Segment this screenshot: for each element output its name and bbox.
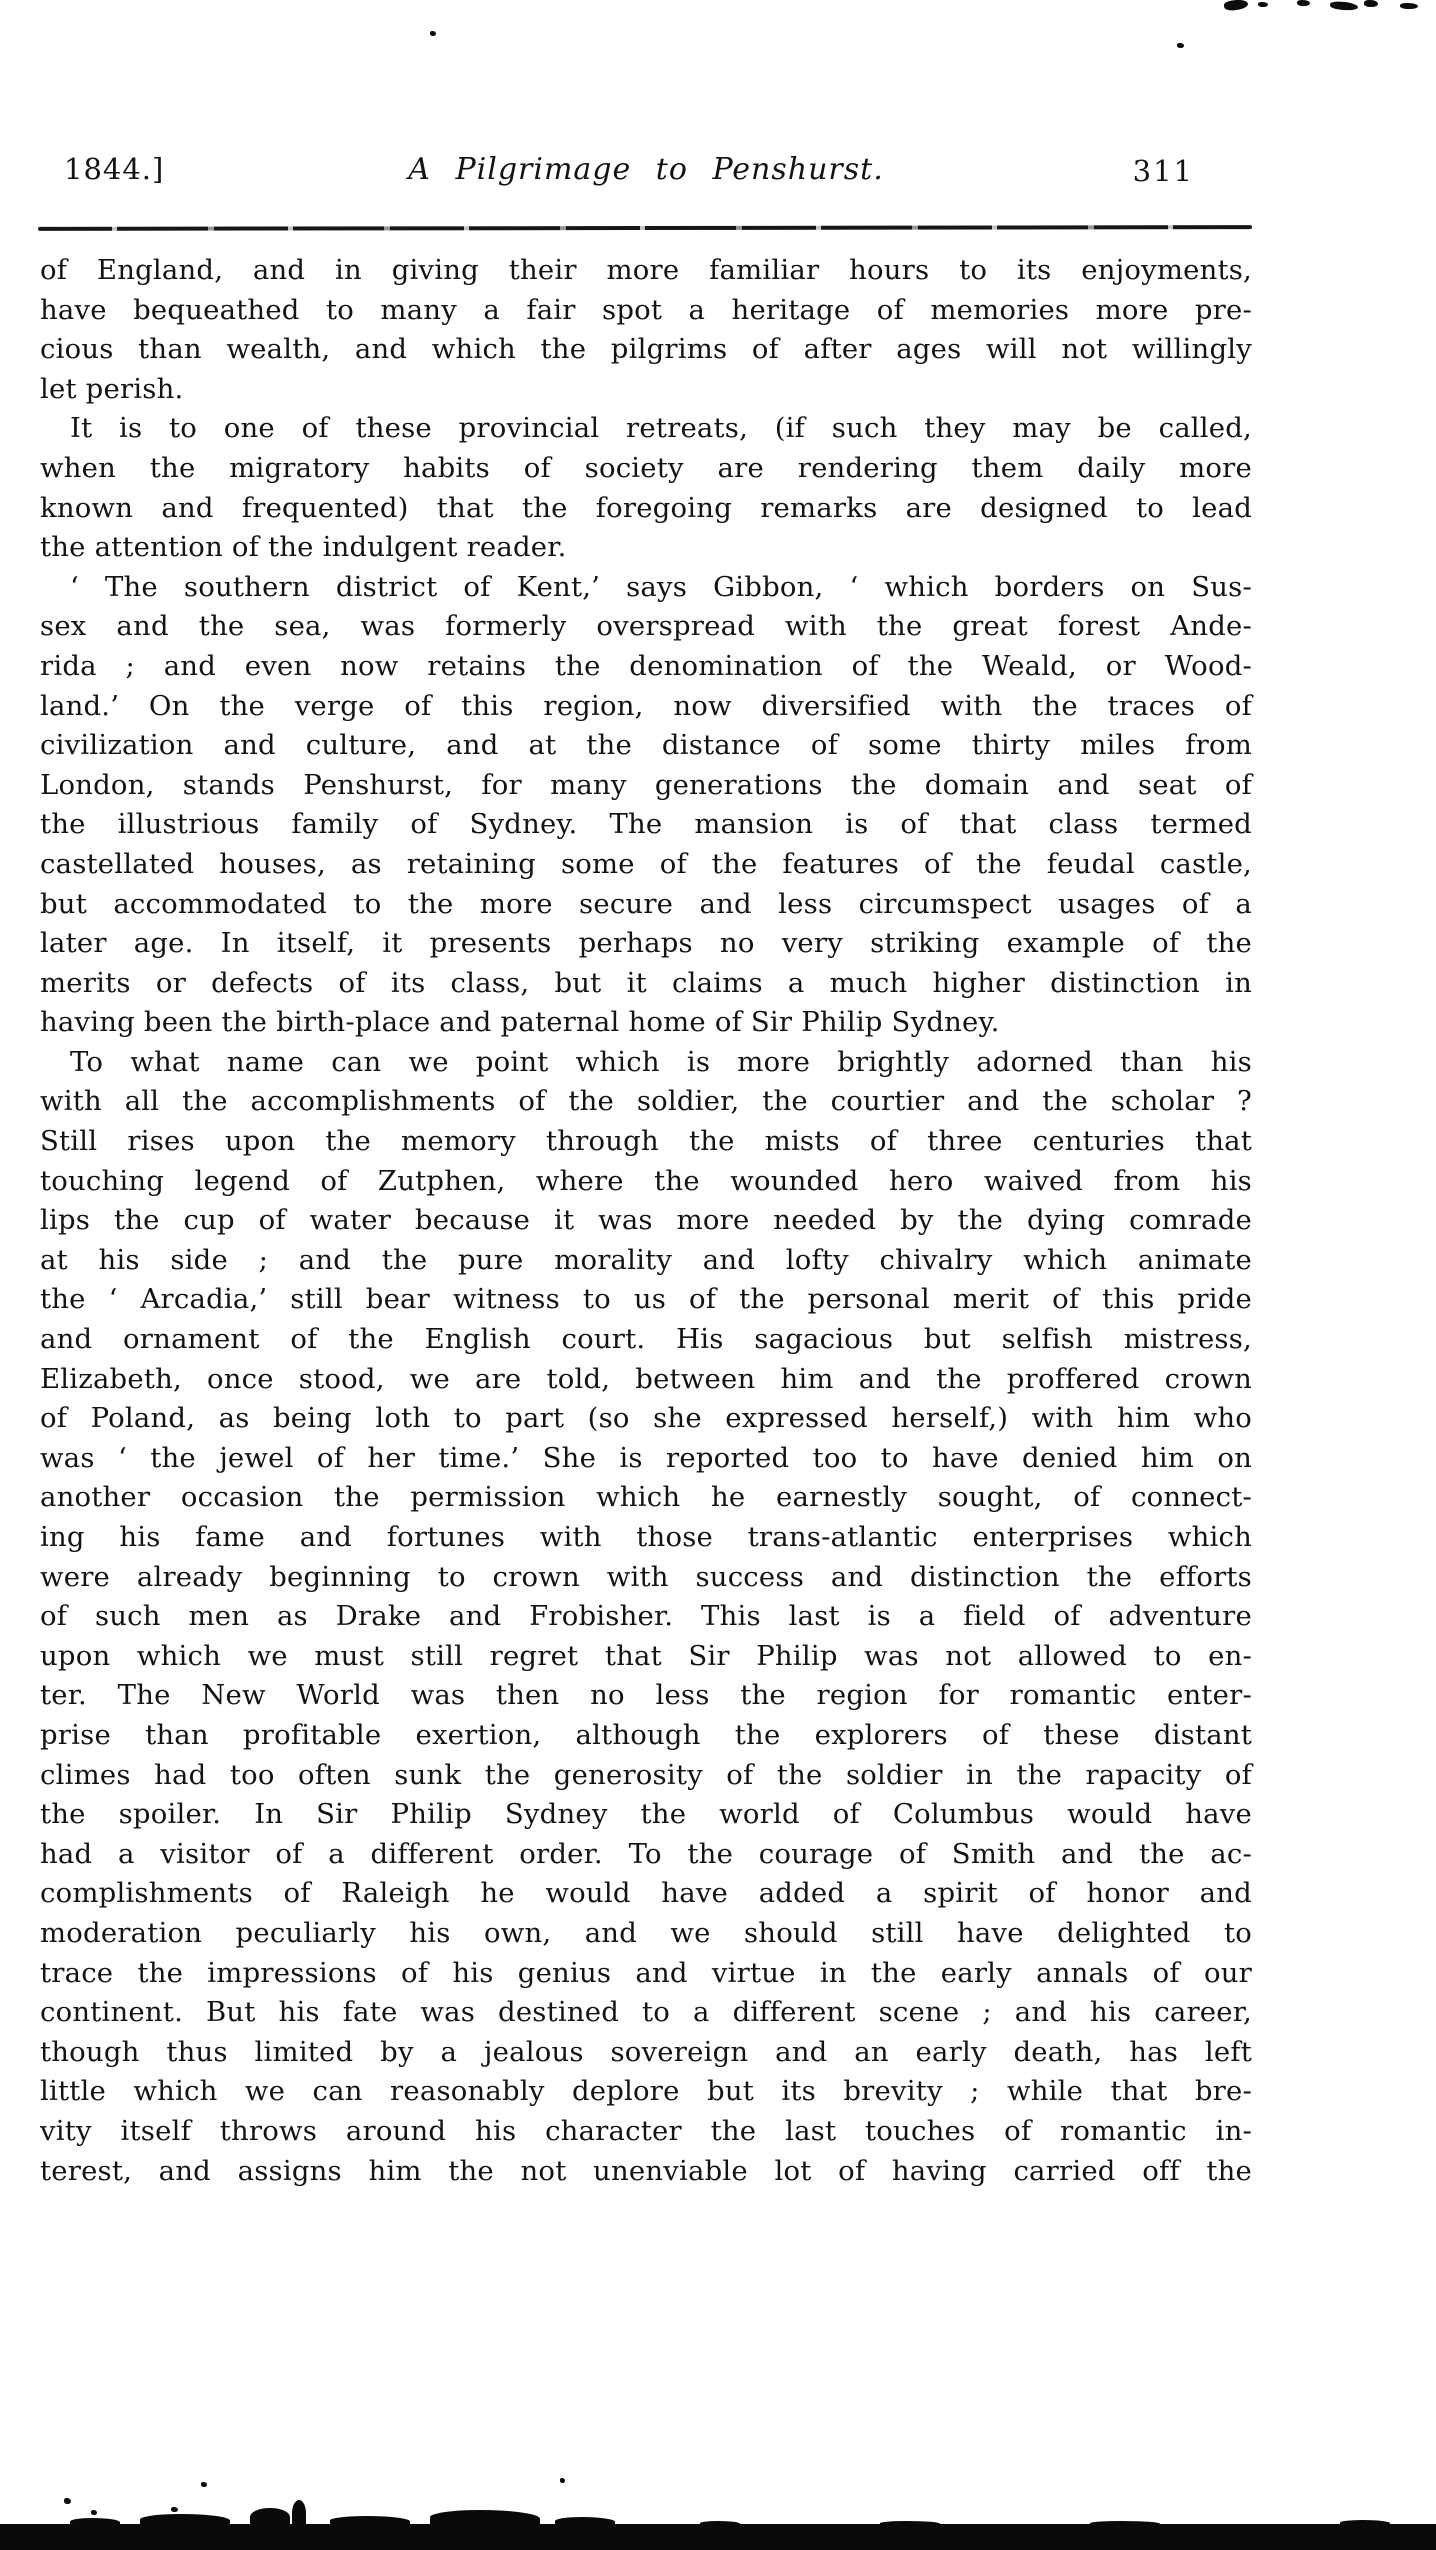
text-line: the attention of the indulgent reader.	[40, 528, 1252, 568]
running-head: 1844.] A Pilgrimage to Penshurst. 311	[40, 152, 1252, 198]
text-line: trace the impressions of his genius and …	[40, 1954, 1252, 1994]
text-line: touching legend of Zutphen, where the wo…	[40, 1162, 1252, 1202]
scan-speck	[1177, 43, 1184, 48]
header-title: A Pilgrimage to Penshurst.	[408, 152, 883, 187]
scan-speck	[1364, 0, 1378, 7]
text-line: ‘ The southern district of Kent,’ says G…	[40, 568, 1252, 608]
text-line: castellated houses, as retaining some of…	[40, 845, 1252, 885]
scan-speck	[560, 2478, 565, 2483]
paragraph: of England, and in giving their more fam…	[40, 251, 1252, 409]
text-line: with all the accomplishments of the sold…	[40, 1082, 1252, 1122]
scan-bump	[250, 2508, 290, 2526]
scan-bump	[1090, 2521, 1160, 2526]
text-line: terest, and assigns him the not unenviab…	[40, 2152, 1252, 2192]
text-line: merits or defects of its class, but it c…	[40, 964, 1252, 1004]
scan-speck	[1223, 0, 1248, 12]
scan-bump	[880, 2521, 940, 2526]
paragraph: To what name can we point which is more …	[40, 1043, 1252, 2191]
text-line: Elizabeth, once stood, we are told, betw…	[40, 1360, 1252, 1400]
text-line: known and frequented) that the foregoing…	[40, 489, 1252, 529]
text-line: the illustrious family of Sydney. The ma…	[40, 805, 1252, 845]
scan-bump	[292, 2500, 306, 2526]
text-line: climes had too often sunk the generosity…	[40, 1756, 1252, 1796]
text-line: Still rises upon the memory through the …	[40, 1122, 1252, 1162]
scan-bump	[555, 2517, 615, 2526]
scan-speck	[1258, 2, 1268, 7]
text-line: another occasion the permission which he…	[40, 1478, 1252, 1518]
header-page-number: 311	[1133, 154, 1194, 188]
bottom-scan-band	[0, 2524, 1436, 2550]
scan-bump	[430, 2510, 540, 2526]
text-line: upon which we must still regret that Sir…	[40, 1637, 1252, 1677]
text-line: when the migratory habits of society are…	[40, 449, 1252, 489]
text-line: land.’ On the verge of this region, now …	[40, 687, 1252, 727]
text-line: lips the cup of water because it was mor…	[40, 1201, 1252, 1241]
scan-speck	[64, 2498, 71, 2504]
text-line: though thus limited by a jealous soverei…	[40, 2033, 1252, 2073]
text-line: having been the birth-place and paternal…	[40, 1003, 1252, 1043]
text-line: were already beginning to crown with suc…	[40, 1558, 1252, 1598]
text-line: and ornament of the English court. His s…	[40, 1320, 1252, 1360]
text-line: vity itself throws around his character …	[40, 2112, 1252, 2152]
scan-bump	[700, 2521, 740, 2526]
header-rule	[38, 225, 1252, 231]
text-line: ter. The New World was then no less the …	[40, 1676, 1252, 1716]
text-line: moderation peculiarly his own, and we sh…	[40, 1914, 1252, 1954]
text-line: cious than wealth, and which the pilgrim…	[40, 330, 1252, 370]
scan-speck	[91, 2510, 97, 2515]
text-line: had a visitor of a different order. To t…	[40, 1835, 1252, 1875]
text-line: was ‘ the jewel of her time.’ She is rep…	[40, 1439, 1252, 1479]
text-line: sex and the sea, was formerly overspread…	[40, 607, 1252, 647]
text-line: the spoiler. In Sir Philip Sydney the wo…	[40, 1795, 1252, 1835]
text-line: rida ; and even now retains the denomina…	[40, 647, 1252, 687]
text-line: little which we can reasonably deplore b…	[40, 2072, 1252, 2112]
text-line: civilization and culture, and at the dis…	[40, 726, 1252, 766]
scan-speck	[171, 2507, 178, 2512]
scan-speck	[1330, 1, 1358, 11]
text-line: of England, and in giving their more fam…	[40, 251, 1252, 291]
scan-speck	[430, 31, 436, 36]
scan-speck	[1400, 3, 1418, 9]
scan-bump	[70, 2518, 120, 2526]
text-line: of such men as Drake and Frobisher. This…	[40, 1597, 1252, 1637]
scan-speck	[201, 2482, 207, 2487]
paragraph: It is to one of these provincial retreat…	[40, 409, 1252, 567]
page-text: of England, and in giving their more fam…	[40, 251, 1252, 2191]
header-date: 1844.]	[64, 152, 164, 186]
text-line: ing his fame and fortunes with those tra…	[40, 1518, 1252, 1558]
book-page: 1844.] A Pilgrimage to Penshurst. 311 of…	[0, 0, 1436, 2550]
text-line: prise than profitable exertion, although…	[40, 1716, 1252, 1756]
text-line: of Poland, as being loth to part (so she…	[40, 1399, 1252, 1439]
text-line: have bequeathed to many a fair spot a he…	[40, 291, 1252, 331]
text-line: complishments of Raleigh he would have a…	[40, 1874, 1252, 1914]
text-line: let perish.	[40, 370, 1252, 410]
scan-bump	[330, 2516, 410, 2526]
text-line: but accommodated to the more secure and …	[40, 885, 1252, 925]
scan-bump	[1340, 2520, 1390, 2526]
text-line: It is to one of these provincial retreat…	[40, 409, 1252, 449]
text-line: at his side ; and the pure morality and …	[40, 1241, 1252, 1281]
scan-speck	[1297, 0, 1310, 6]
text-line: To what name can we point which is more …	[40, 1043, 1252, 1083]
text-line: later age. In itself, it presents perhap…	[40, 924, 1252, 964]
scan-bump	[140, 2514, 230, 2526]
paragraph: ‘ The southern district of Kent,’ says G…	[40, 568, 1252, 1043]
text-line: the ‘ Arcadia,’ still bear witness to us…	[40, 1280, 1252, 1320]
text-line: continent. But his fate was destined to …	[40, 1993, 1252, 2033]
text-line: London, stands Penshurst, for many gener…	[40, 766, 1252, 806]
